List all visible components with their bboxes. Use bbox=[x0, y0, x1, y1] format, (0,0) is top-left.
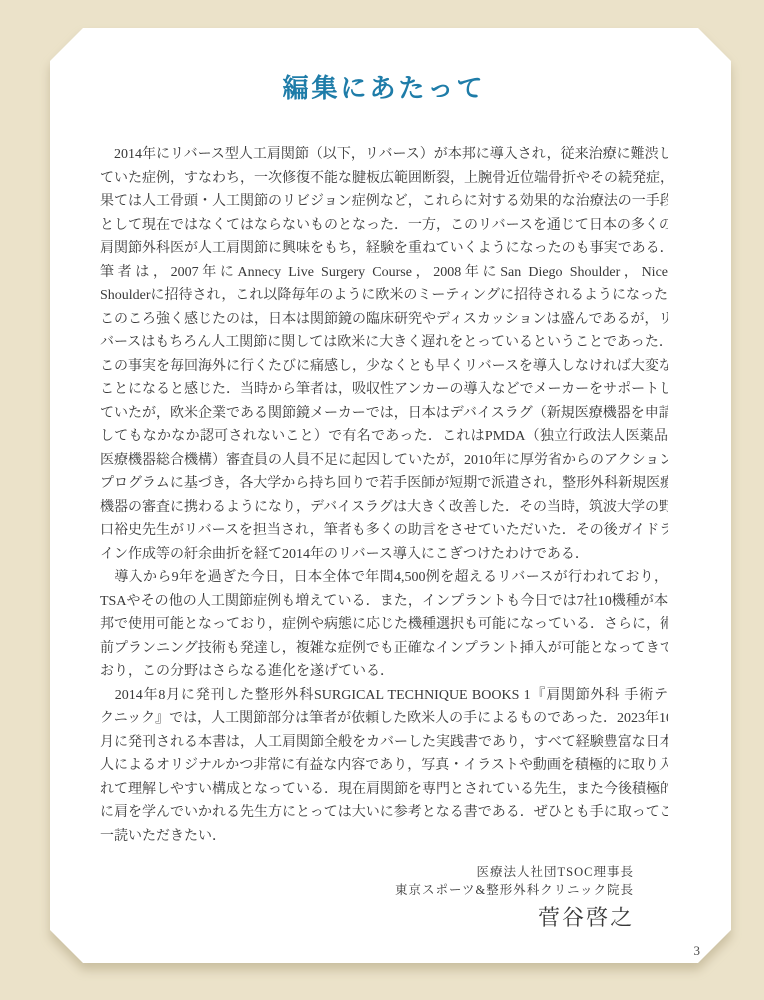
text-line: ことになると感じた．当時から筆者は，吸収性アンカーの導入などでメーカーをサポート… bbox=[100, 378, 668, 402]
text-line: 邦で使用可能となっており，症例や病態に応じた機種選択も可能になっている．さらに，… bbox=[100, 613, 668, 637]
text-line: 機器の審査に携わるようになり，デバイスラグは大きく改善した．その当時，筑波大学の… bbox=[100, 496, 668, 520]
signature-block: 医療法人社団TSOC理事長 東京スポーツ&整形外科クリニック院長 菅谷啓之 bbox=[100, 863, 668, 933]
text-line: 人によるオリジナルかつ非常に有益な内容であり，写真・イラストや動画を積極的に取り… bbox=[100, 754, 668, 778]
page-title: 編集にあたって bbox=[100, 72, 668, 106]
text-line: ていたが，欧米企業である関節鏡メーカーでは，日本はデバイスラグ（新規医療機器を申… bbox=[100, 402, 668, 426]
text-line: バースはもちろん人工関節に関しては欧米に大きく遅れをとっているということであった… bbox=[100, 331, 668, 355]
text-line: 果ては人工骨頭・人工関節のリビジョン症例など，これらに対する効果的な治療法の一手… bbox=[100, 190, 668, 214]
signature-affiliation-2: 東京スポーツ&整形外科クリニック院長 bbox=[100, 881, 634, 899]
text-line: プログラムに基づき，各大学から持ち回りで若手医師が短期で派遣され，整形外科新規医… bbox=[100, 472, 668, 496]
text-line: このころ強く感じたのは，日本は関節鏡の臨床研究やディスカッションは盛んであるが，… bbox=[100, 308, 668, 332]
preface-paragraph: 導入から9年を過ぎた今日，日本全体で年間4,500例を超えるリバースが行われてお… bbox=[100, 566, 668, 684]
text-line: イン作成等の紆余曲折を経て2014年のリバース導入にこぎつけたわけである． bbox=[100, 543, 668, 567]
text-line: 筆者は，2007年にAnnecy Live Surgery Course，200… bbox=[100, 261, 668, 285]
text-line: 2014年8月に発刊した整形外科SURGICAL TECHNIQUE BOOKS… bbox=[100, 684, 668, 708]
text-line: 一読いただきたい． bbox=[100, 825, 668, 849]
text-line: として現在ではなくてはならないものとなった．一方，このリバースを通じて日本の多く… bbox=[100, 214, 668, 238]
signature-affiliation-1: 医療法人社団TSOC理事長 bbox=[100, 863, 634, 881]
preface-paragraph: 2014年8月に発刊した整形外科SURGICAL TECHNIQUE BOOKS… bbox=[100, 684, 668, 849]
text-line: 肩関節外科医が人工肩関節に興味をもち，経験を重ねていくようになったのも事実である… bbox=[100, 237, 668, 261]
signature-name: 菅谷啓之 bbox=[100, 903, 634, 933]
content-card: 編集にあたって 2014年にリバース型人工肩関節（以下，リバース）が本邦に導入さ… bbox=[50, 28, 731, 963]
text-line: に肩を学んでいかれる先生方にとっては大いに参考となる書である．ぜひとも手に取って… bbox=[100, 801, 668, 825]
text-line: この事実を毎回海外に行くたびに痛感し，少なくとも早くリバースを導入しなければ大変… bbox=[100, 355, 668, 379]
text-line: TSAやその他の人工関節症例も増えている．また，インプラントも今日では7社10機… bbox=[100, 590, 668, 614]
text-line: おり，この分野はさらなる進化を遂げている． bbox=[100, 660, 668, 684]
text-line: 2014年にリバース型人工肩関節（以下，リバース）が本邦に導入され，従来治療に難… bbox=[100, 143, 668, 167]
page-number: 3 bbox=[694, 943, 701, 959]
text-line: れて理解しやすい構成となっている．現在肩関節を専門とされている先生，また今後積極… bbox=[100, 778, 668, 802]
text-line: クニック』では，人工関節部分は筆者が依頼した欧米人の手によるものであった．202… bbox=[100, 707, 668, 731]
text-line: Shoulderに招待され，これ以降毎年のように欧米のミーティングに招待されるよ… bbox=[100, 284, 668, 308]
text-line: 導入から9年を過ぎた今日，日本全体で年間4,500例を超えるリバースが行われてお… bbox=[100, 566, 668, 590]
preface-text: 2014年にリバース型人工肩関節（以下，リバース）が本邦に導入され，従来治療に難… bbox=[100, 143, 668, 848]
text-line: 口裕史先生がリバースを担当され，筆者も多くの助言をさせていただいた．その後ガイド… bbox=[100, 519, 668, 543]
text-line: 月に発刊される本書は，人工肩関節全般をカバーした実践書であり，すべて経験豊富な日… bbox=[100, 731, 668, 755]
content-card-shadow: 編集にあたって 2014年にリバース型人工肩関節（以下，リバース）が本邦に導入さ… bbox=[50, 28, 731, 963]
text-line: ていた症例，すなわち，一次修復不能な腱板広範囲断裂，上腕骨近位端骨折やその続発症… bbox=[100, 167, 668, 191]
text-line: してもなかなか認可されないこと）で有名であった．これはPMDA（独立行政法人医薬… bbox=[100, 425, 668, 449]
text-line: 前プランニング技術も発達し，複雑な症例でも正確なインプラント挿入が可能となってき… bbox=[100, 637, 668, 661]
preface-paragraph: 2014年にリバース型人工肩関節（以下，リバース）が本邦に導入され，従来治療に難… bbox=[100, 143, 668, 566]
text-line: 医療機器総合機構）審査員の人員不足に起因していたが，2010年に厚労省からのアク… bbox=[100, 449, 668, 473]
